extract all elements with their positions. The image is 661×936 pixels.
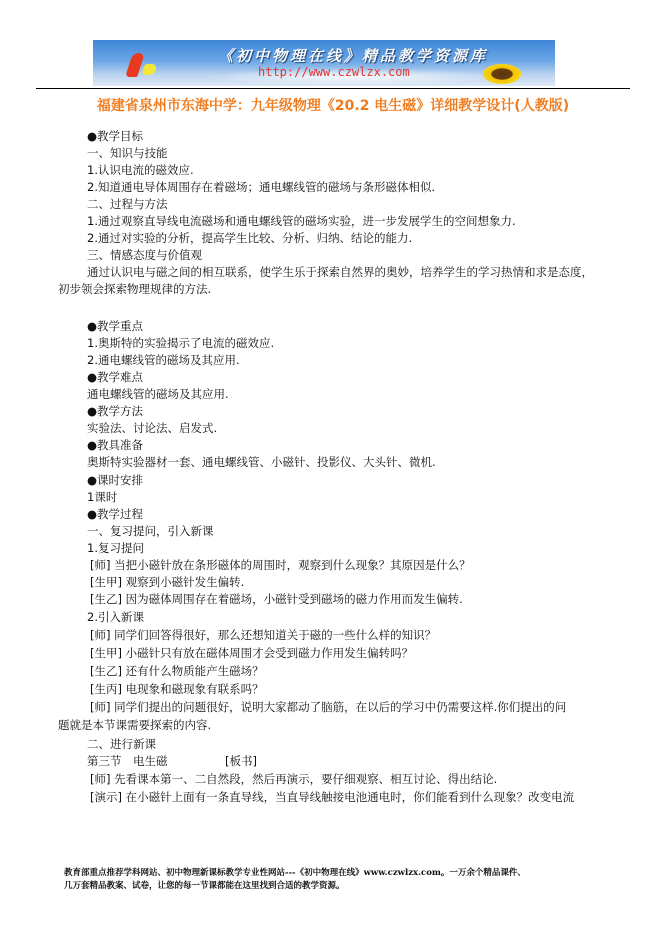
document-line: 通过认识电与磁之间的相互联系，使学生乐于探索自然界的奥妙，培养学生的学习热情和求… (87, 264, 593, 280)
document-line: 实验法、讨论法、启发式. (87, 420, 217, 436)
document-line: 第三节 电生磁 [板书] (87, 753, 257, 769)
document-line: 题就是本节课需要探索的内容. (58, 717, 211, 733)
document-line: [师] 当把小磁针放在条形磁体的周围时，观察到什么现象？其原因是什么？ (90, 557, 471, 573)
document-line: 2.通过对实验的分析，提高学生比较、分析、归纳、结论的能力. (87, 230, 412, 246)
document-line: [演示] 在小磁针上面有一条直导线，当直导线触接电池通电时，你们能看到什么现象？… (90, 789, 574, 805)
site-banner: 《初中物理在线》精品教学资源库 http://www.czwlzx.com (93, 40, 555, 86)
document-line: ●教学方法 (87, 403, 143, 419)
document-line: 二、进行新课 (87, 736, 156, 752)
document-line: ●教学过程 (87, 506, 143, 522)
sunflower-icon (483, 64, 521, 84)
document-line: [师] 同学们提出的问题很好，说明大家都动了脑筋，在以后的学习中仍需要这样.你们… (90, 699, 566, 715)
document-line: 1.奥斯特的实验揭示了电流的磁效应. (87, 335, 274, 351)
document-line: 2.知道通电导体周围存在着磁场；通电螺线管的磁场与条形磁体相似. (87, 179, 435, 195)
document-line: 二、过程与方法 (87, 196, 168, 212)
document-line: ●课时安排 (87, 472, 143, 488)
document-line: 2.引入新课 (87, 609, 144, 625)
document-line: 1.复习提问 (87, 540, 144, 556)
document-line: 一、复习提问，引入新课 (87, 523, 214, 539)
banner-url[interactable]: http://www.czwlzx.com (258, 65, 410, 79)
document-line: ●教学重点 (87, 318, 143, 334)
footer-line-2: 几万套精品教案、试卷，让您的每一节课都能在这里找到合适的教学资源。 (64, 879, 345, 891)
document-line: 1课时 (87, 489, 117, 505)
document-line: 一、知识与技能 (87, 145, 168, 161)
document-line: ●教学难点 (87, 369, 143, 385)
document-line: [生乙] 因为磁体周围存在着磁场，小磁针受到磁场的磁力作用而发生偏转. (90, 591, 463, 607)
document-line: 初步领会探索物理规律的方法. (58, 281, 211, 297)
logo-accent-icon (141, 64, 158, 75)
document-line: 1.认识电流的磁效应. (87, 162, 194, 178)
document-line: [生丙] 电现象和磁现象有联系吗？ (90, 681, 264, 697)
banner-title: 《初中物理在线》精品教学资源库 (218, 45, 488, 66)
document-line: [师] 先看课本第一、二自然段，然后再演示，要仔细观察、相互讨论、得出结论. (90, 771, 497, 787)
header-divider (36, 88, 630, 89)
document-title: 福建省泉州市东海中学：九年级物理《20.2 电生磁》详细教学设计(人教版) (36, 95, 630, 115)
document-line: [生乙] 还有什么物质能产生磁场？ (90, 663, 264, 679)
document-line: [师] 同学们回答得很好，那么还想知道关于磁的一些什么样的知识？ (90, 627, 436, 643)
document-line: ●教学目标 (87, 128, 143, 144)
document-line: 1.通过观察直导线电流磁场和通电螺线管的磁场实验，进一步发展学生的空间想象力. (87, 213, 516, 229)
document-line: 奥斯特实验器材一套、通电螺线管、小磁针、投影仪、大头针、微机. (87, 454, 436, 470)
document-line: 通电螺线管的磁场及其应用. (87, 386, 229, 402)
document-line: [生甲] 观察到小磁针发生偏转. (90, 574, 244, 590)
document-line: ●教具准备 (87, 437, 143, 453)
document-line: [生甲] 小磁针只有放在磁体周围才会受到磁力作用发生偏转吗？ (90, 645, 413, 661)
document-line: 三、情感态度与价值观 (87, 247, 202, 263)
footer-line-1: 教育部重点推荐学科网站、初中物理新课标教学专业性网站---《初中物理在线》www… (64, 866, 526, 878)
document-line: 2.通电螺线管的磁场及其应用. (87, 352, 240, 368)
